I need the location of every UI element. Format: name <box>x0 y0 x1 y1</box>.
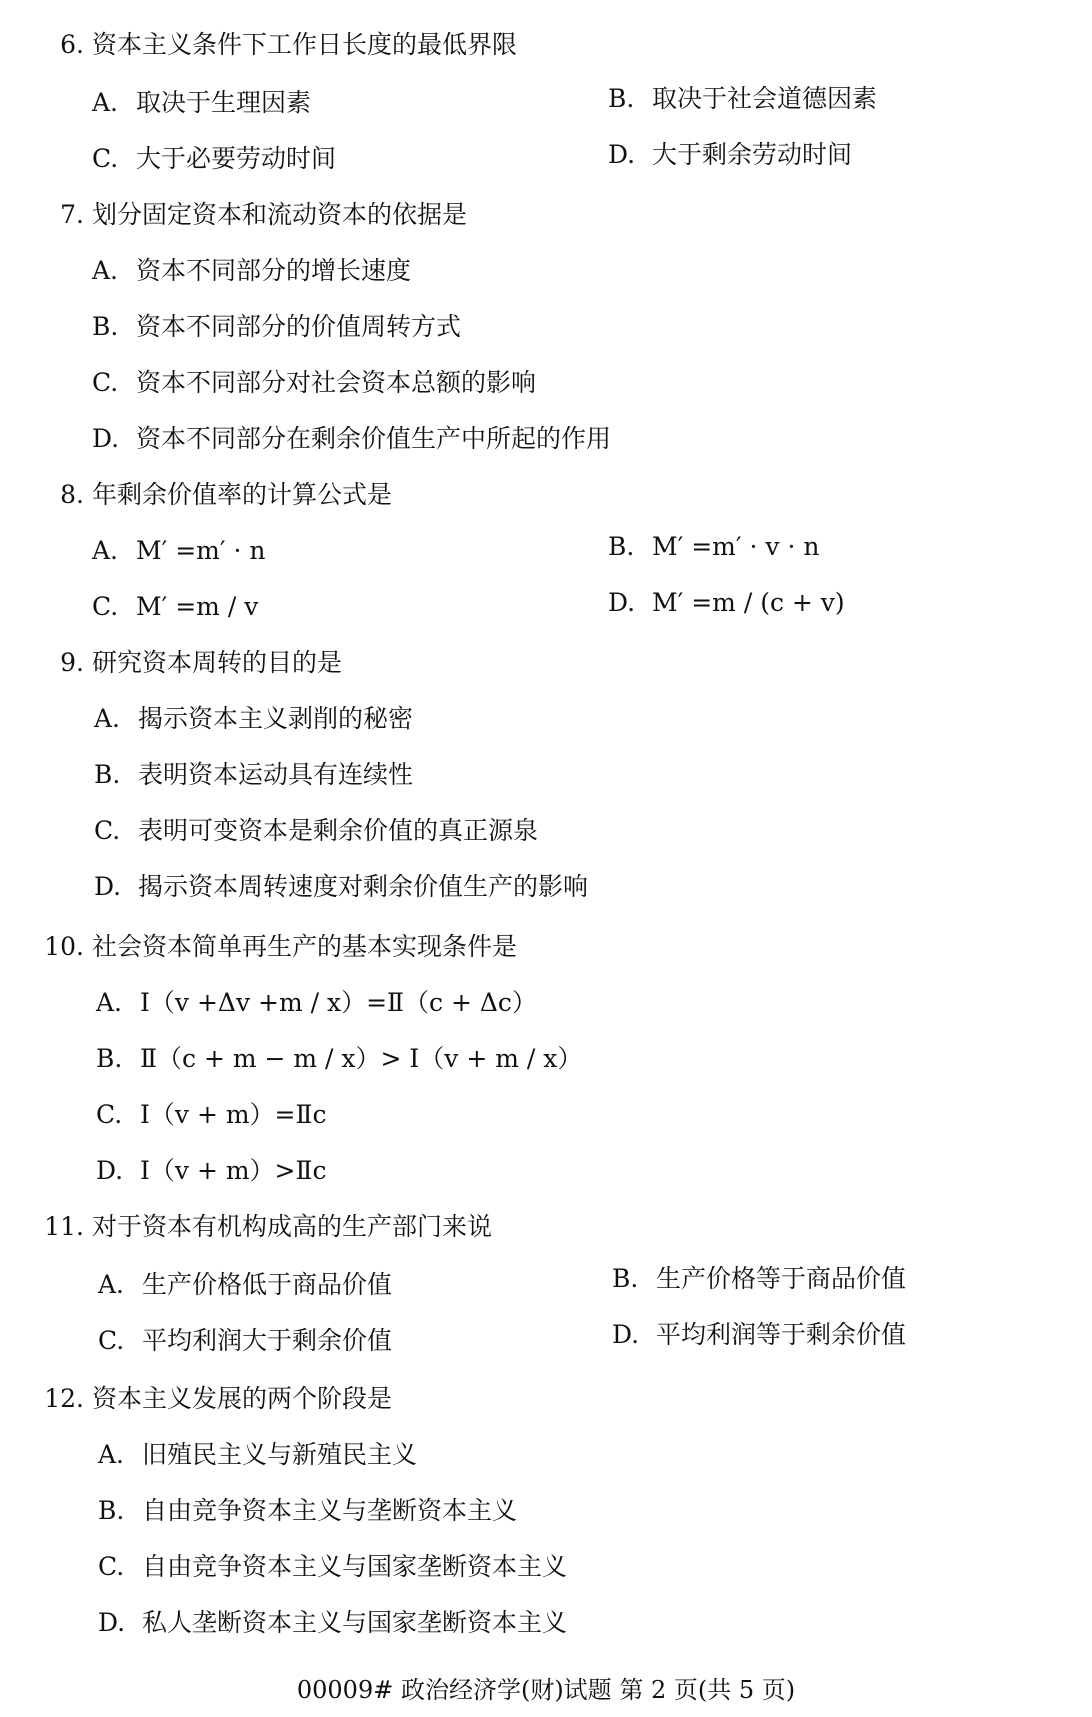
option-a: A.生产价格低于商品价值 <box>98 1270 392 1300</box>
option-c: C.M′ =m / v <box>92 592 258 622</box>
question-text: 划分固定资本和流动资本的依据是 <box>92 200 467 230</box>
question-text: 社会资本简单再生产的基本实现条件是 <box>92 932 517 962</box>
option-a: A.取决于生理因素 <box>92 88 311 118</box>
option-a: A.旧殖民主义与新殖民主义 <box>98 1440 417 1470</box>
question-number: 11. <box>0 1212 84 1242</box>
option-d: D.资本不同部分在剩余价值生产中所起的作用 <box>92 424 611 454</box>
option-c: C.表明可变资本是剩余价值的真正源泉 <box>94 816 538 846</box>
question-number: 10. <box>0 932 84 962</box>
question-text: 研究资本周转的目的是 <box>92 648 342 678</box>
question-number: 6. <box>0 30 84 60</box>
option-c: C.Ⅰ（v + m）=Ⅱc <box>96 1100 327 1130</box>
option-c: C.大于必要劳动时间 <box>92 144 336 174</box>
question-number: 9. <box>0 648 84 678</box>
question-text: 资本主义条件下工作日长度的最低界限 <box>92 30 517 60</box>
option-d: D.揭示资本周转速度对剩余价值生产的影响 <box>94 872 588 902</box>
option-c: C.自由竞争资本主义与国家垄断资本主义 <box>98 1552 567 1582</box>
option-c: C.资本不同部分对社会资本总额的影响 <box>92 368 536 398</box>
option-a: A.M′ =m′ · n <box>92 536 266 566</box>
option-d: D.大于剩余劳动时间 <box>608 140 852 170</box>
option-a: A.资本不同部分的增长速度 <box>92 256 411 286</box>
exam-page: 6. 资本主义条件下工作日长度的最低界限 A.取决于生理因素 B.取决于社会道德… <box>0 0 1092 1717</box>
page-footer: 00009# 政治经济学(财)试题 第 2 页(共 5 页) <box>0 1670 1092 1705</box>
option-b: B.自由竞争资本主义与垄断资本主义 <box>98 1496 517 1526</box>
question-text: 对于资本有机构成高的生产部门来说 <box>92 1212 492 1242</box>
question-text: 资本主义发展的两个阶段是 <box>92 1384 392 1414</box>
option-a: A.揭示资本主义剥削的秘密 <box>94 704 413 734</box>
option-a: A.Ⅰ（v +Δv +m / x）=Ⅱ（c + Δc） <box>96 988 537 1018</box>
option-c: C.平均利润大于剩余价值 <box>98 1326 392 1356</box>
option-b: B.取决于社会道德因素 <box>608 84 877 114</box>
question-number: 7. <box>0 200 84 230</box>
option-d: D.M′ =m / (c + v) <box>608 588 845 618</box>
option-b: B.M′ =m′ · v · n <box>608 532 819 562</box>
option-b: B.Ⅱ（c + m − m / x）> Ⅰ（v + m / x） <box>96 1044 582 1074</box>
question-number: 12. <box>0 1384 84 1414</box>
option-d: D.平均利润等于剩余价值 <box>612 1320 906 1350</box>
option-b: B.资本不同部分的价值周转方式 <box>92 312 461 342</box>
question-text: 年剩余价值率的计算公式是 <box>92 480 392 510</box>
option-d: D.私人垄断资本主义与国家垄断资本主义 <box>98 1608 567 1638</box>
question-number: 8. <box>0 480 84 510</box>
option-b: B.生产价格等于商品价值 <box>612 1264 906 1294</box>
option-d: D.Ⅰ（v + m）>Ⅱc <box>96 1156 327 1186</box>
option-b: B.表明资本运动具有连续性 <box>94 760 413 790</box>
